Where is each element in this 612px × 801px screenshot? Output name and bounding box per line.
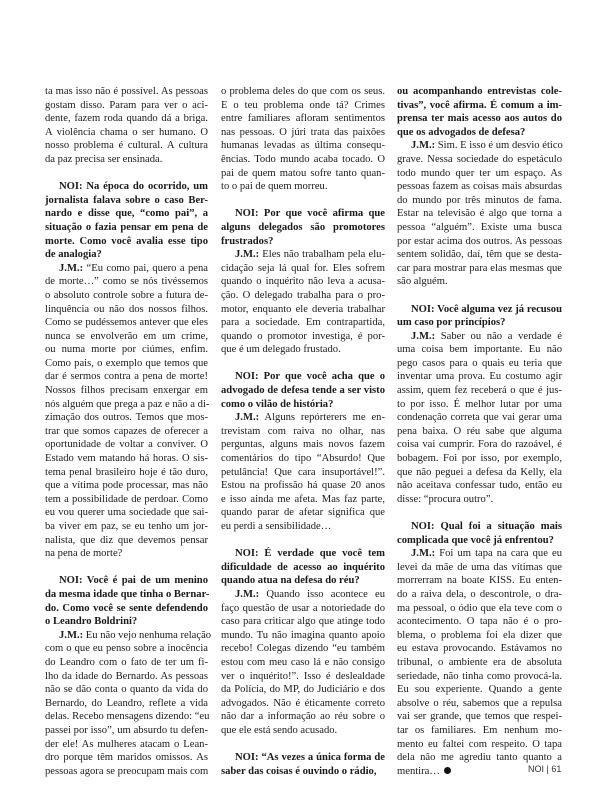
text-line: der ele! As mulheres atacam o Lean-: [45, 738, 208, 752]
text-line: Estar na televisão é algo que torna a: [397, 207, 562, 221]
line-text: Saber ou não a verdade é: [441, 331, 562, 342]
speaker-label: J.M.:: [235, 589, 259, 600]
paragraph-gap: [45, 167, 208, 181]
line-text: ou acompanhando entrevistas cole-: [397, 86, 562, 97]
line-text: Quando isso acontece eu: [266, 589, 385, 600]
text-line: Bernardo, do Leandro, reflete a vida: [45, 697, 208, 711]
line-text: Sim. E isso é um desvio ético: [438, 140, 563, 151]
text-line: do. Como você se sente defendendo: [45, 602, 208, 616]
line-text: pessoas agora se preocupam mais com: [45, 766, 208, 777]
line-text: recebo! Colegas dizendo “eu também: [221, 643, 385, 654]
line-text: NOI: Por que você afirma que: [235, 208, 385, 219]
line-text: dificuldade de acesso ao inquérito: [221, 562, 385, 573]
line-text: disse: “procura outro”.: [397, 494, 493, 505]
speaker-label: J.M.:: [235, 412, 259, 423]
text-line: dente, fazem roda quando dá a briga.: [45, 112, 208, 126]
line-text: frustrados?: [221, 236, 273, 247]
line-text: seriedade, não tinha como provocá-la.: [397, 671, 562, 682]
text-line: absolve o réu, sabemos que a repulsa: [397, 697, 562, 711]
text-line: nosso problema é cultural. A cultura: [45, 139, 208, 153]
text-line: que não peguei a defesa da Kelly, ela: [397, 466, 562, 480]
text-line: motor, enquanto ele deveria trabalhar: [221, 303, 385, 317]
line-text: tribunal, o ambiente era de absoluta: [397, 657, 562, 668]
text-line: inventar uma prova. Eu costumo agir: [397, 370, 562, 384]
line-text: Estou na profissão há quase 20 anos: [221, 480, 385, 491]
line-text: todo mundo quer ter um espaço. As: [397, 168, 562, 179]
line-text: Alguns repórterers me en-: [264, 412, 385, 423]
line-text: sentem solidão, daí, têm que se desta-: [397, 249, 562, 260]
text-line: J.M.: Saber ou não a verdade é: [397, 330, 562, 344]
speaker-label: J.M.:: [411, 548, 435, 559]
text-line: disse: “procura outro”.: [397, 493, 562, 507]
line-text: NOI: Você é pai de um menino: [59, 575, 208, 586]
line-text: o absoluto controle sobre a futura de-: [45, 290, 208, 301]
magazine-page: ta mas isso não é possível. As pessoasgo…: [0, 0, 612, 801]
text-line: ba viver em paz, se eu tenho um jor-: [45, 520, 208, 534]
text-line: J.M.: Eles não trabalham pela elu-: [221, 248, 385, 262]
line-text: que é um delegado frustado.: [221, 344, 341, 355]
line-text: estou com meu caso lá e não consigo: [221, 657, 385, 668]
text-line: recebo! Colegas dizendo “eu também: [221, 642, 385, 656]
line-text: mentira…: [397, 766, 440, 777]
text-line: morrerram na boate KISS. Eu enten-: [397, 574, 562, 588]
paragraph-gap: [45, 561, 208, 575]
text-line: na pena de morte?: [45, 547, 208, 561]
text-line: NOI: Na época do ocorrido, um: [45, 180, 208, 194]
line-text: eu estava provocando. Estávamos no: [397, 643, 562, 654]
line-text: caso para criticar algo que atinge todo: [221, 616, 385, 627]
text-line: do a raiva dela, o descontrole, o dra-: [397, 588, 562, 602]
line-text: quando o inquérito não leva a acusa-: [221, 276, 385, 287]
text-line: não aceitava confessar tudo, então eu: [397, 479, 562, 493]
line-text: prensa ter mais acesso aos autos do: [397, 113, 562, 124]
paragraph-gap: [221, 194, 385, 208]
line-text: dar é sermos contra a pena de morte!: [45, 371, 208, 382]
line-text: acontecimento. O tapa não é o pro-: [397, 616, 562, 627]
line-text: blema, o problema foi ela dizer que: [397, 630, 562, 641]
text-line: eu vou querer uma sociedade que sai-: [45, 506, 208, 520]
line-text: ma pessoal, o ódio que ela teve com o: [397, 603, 562, 614]
text-line: não dar a informação ao réu sobre o: [221, 710, 385, 724]
line-text: nosso problema é cultural. A cultura: [45, 140, 208, 151]
line-text: um caso por princípios?: [397, 317, 505, 328]
line-text: lho da idade do Bernardo. As pessoas: [45, 671, 208, 682]
text-line: jornalista falava sobre o caso Ber-: [45, 194, 208, 208]
text-line: NOI: Qual foi a situação mais: [397, 520, 562, 534]
line-text: ver o inquérito!”. Isso é deslealdade: [221, 671, 385, 682]
text-column-1: ta mas isso não é possível. As pessoasgo…: [45, 85, 208, 778]
interview-question: ou acompanhando entrevistas cole-tivas”,…: [397, 85, 562, 139]
line-text: NOI: Qual foi a situação mais: [411, 521, 562, 532]
text-line: perguntas, alguns mais novos fazem: [221, 438, 385, 452]
text-line: Eu sou experiente. Quando a gente: [397, 683, 562, 697]
text-line: to por isso. É melhor lutar por uma: [397, 398, 562, 412]
interview-question: NOI: É verdade que você temdificuldade d…: [221, 547, 385, 588]
line-text: saber das coisas é ouvindo o rádio,: [221, 766, 377, 777]
line-text: tem a possibilidade de perdoar. Como: [45, 494, 208, 505]
line-text: humanas levadas as última consequ-: [221, 140, 385, 151]
speaker-label: J.M.:: [59, 630, 83, 641]
text-line: o problema deles do que com os seus.: [221, 85, 385, 99]
line-text: morrerram na boate KISS. Eu enten-: [397, 575, 562, 586]
text-line: tribunal, o ambiente era de absoluta: [397, 656, 562, 670]
text-line: do mundo por três minutos de fama.: [397, 194, 562, 208]
line-text: coisa vai cumprir. Fora do razoável, é: [397, 439, 562, 450]
line-text: assim, quem fez receberá o que é jus-: [397, 385, 562, 396]
line-text: advogado de defesa tende a ser visto: [221, 385, 385, 396]
line-text: cidação seja lá qual for. Eles sofrem: [221, 263, 385, 274]
text-line: para a sociedade. Em contrapartida,: [221, 316, 385, 330]
line-text: do a raiva dela, o descontrole, o dra-: [397, 589, 562, 600]
text-line: mento eu faltei com respeito. O tapa: [397, 738, 562, 752]
line-text: motor, enquanto ele deveria trabalhar: [221, 304, 385, 315]
text-line: todo mundo quer ter um espaço. As: [397, 167, 562, 181]
line-text: para a sociedade. Em contrapartida,: [221, 317, 385, 328]
speaker-label: J.M.:: [411, 331, 435, 342]
text-line: pessoa “alguém”. Existe uma busca: [397, 221, 562, 235]
text-line: nalista, que diz que devemos pensar: [45, 534, 208, 548]
line-text: faço questão de usar a notoriedade do: [221, 603, 385, 614]
line-text: tivas”, você afirma. É comum a im-: [397, 100, 562, 111]
text-line: oportunidade de voltar a conviver. O: [45, 438, 208, 452]
text-line: passei por isso”, um absurdo tu defen-: [45, 724, 208, 738]
text-line: ver o inquérito!”. Isso é deslealdade: [221, 670, 385, 684]
text-line: eu perdi a sensibilidade…: [221, 520, 385, 534]
footer-magazine-name: NOI: [528, 764, 544, 774]
text-line: mundo. Tu não imagina quanto apoio: [221, 629, 385, 643]
line-text: de analogia?: [45, 249, 102, 260]
text-line: como o vilão de história?: [221, 398, 385, 412]
line-text: do mundo por três minutos de fama.: [397, 195, 562, 206]
line-text: ba viver em paz, se eu tenho um jor-: [45, 521, 208, 532]
line-text: jornalista falava sobre o caso Ber-: [45, 195, 208, 206]
line-text: da Polícia, do MP, do Judiciário e dos: [221, 684, 385, 695]
line-text: nardo e disse que, “como pai”, a: [45, 208, 208, 219]
text-line: NOI: Você é pai de um menino: [45, 574, 208, 588]
line-text: do. Como você se sente defendendo: [45, 603, 208, 614]
text-line: pessoas agora se preocupam mais com: [45, 765, 208, 779]
text-line: pego casos para o quais eu teria que: [397, 357, 562, 371]
line-text: não aceitava confessar tudo, então eu: [397, 480, 562, 491]
line-text: NOI: “As vezes a única forma de: [235, 752, 385, 763]
text-line: ou numa morte por ciúmes, enfim.: [45, 343, 208, 357]
line-text: eu vou querer uma sociedade que sai-: [45, 507, 208, 518]
line-text: entre familiares afloram sentimentos: [221, 113, 385, 124]
line-text: com o que eu penso sobre a inocência: [45, 643, 208, 654]
text-line: vai ser grande, que temos que respei-: [397, 710, 562, 724]
line-text: mento eu faltei com respeito. O tapa: [397, 739, 562, 750]
text-line: trevistam com raiva no olhar, nas: [221, 425, 385, 439]
line-text: pena baixa. O réu sabe que alguma: [397, 426, 562, 437]
text-line: nas pessoas. O júri trata das paixões: [221, 126, 385, 140]
text-line: NOI: Por que você acha que o: [221, 370, 385, 384]
line-text: do Leandro com o fato de ter um fi-: [45, 657, 208, 668]
line-text: nalista, que diz que devemos pensar: [45, 535, 208, 546]
text-line: Nossos filhos precisam enxergar em: [45, 384, 208, 398]
text-line: cidação seja lá qual for. Eles sofrem: [221, 262, 385, 276]
text-line: situação o fazia pensar em pena de: [45, 221, 208, 235]
line-text: NOI: Você alguma vez já recusou: [411, 304, 562, 315]
text-line: J.M.: Foi um tapa na cara que eu: [397, 547, 562, 561]
line-text: comentários do tipo “Absurdo! Que: [221, 453, 385, 464]
text-line: que os advogados de defesa?: [397, 126, 562, 140]
line-text: dela não me agrediu tanto quanto a: [397, 752, 562, 763]
text-line: assim, quem fez receberá o que é jus-: [397, 384, 562, 398]
text-line: Como pais, o exemplo que temos que: [45, 357, 208, 371]
line-text: bobagem. Foi por isso, por exemplo,: [397, 453, 562, 464]
text-line: caso para criticar algo que atinge todo: [221, 615, 385, 629]
interview-question: NOI: Na época do ocorrido, umjornalista …: [45, 180, 208, 262]
text-line: lho da idade do Bernardo. As pessoas: [45, 670, 208, 684]
paragraph-gap: [221, 534, 385, 548]
line-text: pego casos para o quais eu teria que: [397, 358, 562, 369]
text-line: alguns delegados são promotores: [221, 221, 385, 235]
paragraph-gap: [221, 357, 385, 371]
line-text: Eu não vejo nenhuma relação: [86, 630, 211, 641]
text-line: Como se pudéssemos antever que eles: [45, 316, 208, 330]
line-text: grave. Nessa sociedade do espetáculo: [397, 154, 562, 165]
line-text: situação o fazia pensar em pena de: [45, 222, 208, 233]
speaker-label: J.M.:: [59, 263, 83, 274]
text-line: grave. Nessa sociedade do espetáculo: [397, 153, 562, 167]
text-line: um caso por princípios?: [397, 316, 562, 330]
speaker-label: J.M.:: [235, 249, 259, 260]
text-line: ma pessoal, o ódio que ela teve com o: [397, 602, 562, 616]
text-line: seriedade, não tinha como provocá-la.: [397, 670, 562, 684]
line-text: passei por isso”, um absurdo tu defen-: [45, 725, 208, 736]
line-text: que ele está sendo acusado.: [221, 725, 337, 736]
line-text: são alguém.: [397, 276, 448, 287]
text-line: J.M.: Sim. E isso é um desvio ético: [397, 139, 562, 153]
line-text: oportunidade de voltar a conviver. O: [45, 439, 208, 450]
line-text: zimação dos outros. Temos que mos-: [45, 412, 208, 423]
text-line: uma coisa bem importante. Eu não: [397, 343, 562, 357]
line-text: trar que somos capazes de oferecer a: [45, 426, 208, 437]
text-line: da Polícia, do MP, do Judiciário e dos: [221, 683, 385, 697]
line-text: Como pais, o exemplo que temos que: [45, 358, 208, 369]
text-line: A violência chama o ser humano. O: [45, 126, 208, 140]
text-line: quando o promotor investiga, é por-: [221, 330, 385, 344]
line-text: pessoa “alguém”. Existe uma busca: [397, 222, 562, 233]
text-line: nunca se envolverão em um crime,: [45, 330, 208, 344]
speaker-label: J.M.:: [411, 140, 435, 151]
text-line: entre familiares afloram sentimentos: [221, 112, 385, 126]
text-line: por estar acima dos outros. As pessoas: [397, 235, 562, 249]
line-text: quando o promotor investiga, é por-: [221, 331, 385, 342]
text-line: bobagem. Foi por isso, por exemplo,: [397, 452, 562, 466]
line-text: na pena de morte?: [45, 548, 122, 559]
text-line: que a vítima pode processar, mas não: [45, 479, 208, 493]
line-text: petulância! Que cara insuportável!”.: [221, 467, 385, 478]
line-text: absolve o réu, sabemos que a repulsa: [397, 698, 562, 709]
line-text: Bernardo, do Leandro, reflete a vida: [45, 698, 208, 709]
interview-answer: J.M.: Eles não trabalham pela elu-cidaçã…: [221, 248, 385, 357]
interview-answer: o problema deles do que com os seus.E o …: [221, 85, 385, 194]
line-text: que os advogados de defesa?: [397, 127, 525, 138]
text-line: são alguém.: [397, 275, 562, 289]
end-of-article-bullet-icon: [444, 767, 451, 774]
text-line: levei da mãe de uma das vítimas que: [397, 561, 562, 575]
text-line: saber das coisas é ouvindo o rádio,: [221, 765, 385, 779]
text-line: J.M.: Quando isso acontece eu: [221, 588, 385, 602]
interview-answer: J.M.: “Eu como pai, quero a penade morte…: [45, 262, 208, 561]
interview-answer: J.M.: Alguns repórterers me en-trevistam…: [221, 411, 385, 533]
text-line: que é um delegado frustado.: [221, 343, 385, 357]
text-line: frustrados?: [221, 235, 385, 249]
text-line: NOI: É verdade que você tem: [221, 547, 385, 561]
text-line: pena baixa. O réu sabe que alguma: [397, 425, 562, 439]
paragraph-gap: [397, 289, 562, 303]
line-text: der ele! As mulheres atacam o Lean-: [45, 739, 208, 750]
text-line: tivas”, você afirma. É comum a im-: [397, 99, 562, 113]
text-line: acontecimento. O tapa não é o pro-: [397, 615, 562, 629]
text-line: comentários do tipo “Absurdo! Que: [221, 452, 385, 466]
interview-question: NOI: Você alguma vez já recusouum caso p…: [397, 303, 562, 330]
text-line: dificuldade de acesso ao inquérito: [221, 561, 385, 575]
text-line: ta mas isso não é possível. As pessoas: [45, 85, 208, 99]
text-line: Estado vem matando há horas. O sis-: [45, 452, 208, 466]
line-text: tema penal brasileiro hoje é tão duro,: [45, 467, 208, 478]
text-line: da mesma idade que tinha o Bernar-: [45, 588, 208, 602]
text-line: faço questão de usar a notoriedade do: [221, 602, 385, 616]
line-text: da mesma idade que tinha o Bernar-: [45, 589, 209, 600]
text-line: sentem solidão, daí, têm que se desta-: [397, 248, 562, 262]
interview-question: NOI: Você é pai de um meninoda mesma ida…: [45, 574, 208, 628]
line-text: ção. O delegado trabalha para o pro-: [221, 290, 385, 301]
line-text: to por isso. É melhor lutar por uma: [397, 399, 562, 410]
line-text: advogados. Não é éticamente correto: [221, 698, 385, 709]
line-text: não se dão conta o quanto da vida do: [45, 684, 208, 695]
line-text: levei da mãe de uma das vítimas que: [397, 562, 562, 573]
line-text: quando atua na defesa do réu?: [221, 575, 360, 586]
line-text: Eles não trabalham pela elu-: [262, 249, 385, 260]
text-line: não se dão conta o quanto da vida do: [45, 683, 208, 697]
text-line: NOI: Você alguma vez já recusou: [397, 303, 562, 317]
line-text: eu perdi a sensibilidade…: [221, 521, 331, 532]
line-text: NOI: Na época do ocorrido, um: [59, 181, 208, 192]
line-text: NOI: Por que você acha que o: [235, 371, 385, 382]
text-line: do Leandro com o fato de ter um fi-: [45, 656, 208, 670]
text-line: da paz precisa ser ensinada.: [45, 153, 208, 167]
interview-answer: J.M.: Saber ou não a verdade éuma coisa …: [397, 330, 562, 507]
line-text: perguntas, alguns mais novos fazem: [221, 439, 385, 450]
text-line: advogado de defesa tende a ser visto: [221, 384, 385, 398]
text-line: quando o inquérito não leva a acusa-: [221, 275, 385, 289]
line-text: ta mas isso não é possível. As pessoas: [45, 86, 208, 97]
line-text: E o teu problema onde tá? Crimes: [221, 100, 385, 111]
line-text: A violência chama o ser humano. O: [45, 127, 208, 138]
interview-answer: J.M.: Sim. E isso é um desvio éticograve…: [397, 139, 562, 289]
line-text: NOI: É verdade que você tem: [235, 548, 385, 559]
footer-separator: |: [547, 764, 549, 774]
line-text: Foi um tapa na cara que eu: [439, 548, 562, 559]
line-text: mundo. Tu não imagina quanto apoio: [221, 630, 385, 641]
line-text: Eu sou experiente. Quando a gente: [397, 684, 562, 695]
interview-question: NOI: Por que você afirma quealguns deleg…: [221, 207, 385, 248]
text-line: eu estava provocando. Estávamos no: [397, 642, 562, 656]
text-line: com o que eu penso sobre a inocência: [45, 642, 208, 656]
line-text: dente, fazem roda quando dá a briga.: [45, 113, 208, 124]
text-line: complicada que você já enfrentou?: [397, 534, 562, 548]
line-text: “Eu como pai, quero a pena: [87, 263, 208, 274]
text-line: delas. Recebo mensagens dizendo: “eu: [45, 710, 208, 724]
line-text: Como se pudéssemos antever que eles: [45, 317, 208, 328]
text-line: linquência ou não dos nossos filhos.: [45, 303, 208, 317]
paragraph-gap: [397, 506, 562, 520]
interview-question: NOI: Por que você acha que oadvogado de …: [221, 370, 385, 411]
line-text: pessoas fazem as coisas mais absurdas: [397, 181, 562, 192]
text-line: J.M.: Alguns repórterers me en-: [221, 411, 385, 425]
text-line: petulância! Que cara insuportável!”.: [221, 466, 385, 480]
line-text: morte. Como você avalia esse tipo: [45, 236, 208, 247]
text-line: tar os familiares. Em nenhum mo-: [397, 724, 562, 738]
line-text: ências. Todo mundo acaba tocado. O: [221, 154, 385, 165]
text-line: de morte…” como se nós tivéssemos: [45, 275, 208, 289]
text-line: zimação dos outros. Temos que mos-: [45, 411, 208, 425]
interview-answer: J.M.: Eu não vejo nenhuma relaçãocom o q…: [45, 629, 208, 779]
text-line: ção. O delegado trabalha para o pro-: [221, 289, 385, 303]
text-line: tema penal brasileiro hoje é tão duro,: [45, 466, 208, 480]
line-text: nós alguém que prega a paz e não a di-: [45, 399, 209, 410]
text-line: tem a possibilidade de perdoar. Como: [45, 493, 208, 507]
line-text: vai ser grande, que temos que respei-: [397, 711, 562, 722]
line-text: que a vítima pode processar, mas não: [45, 480, 208, 491]
text-line: J.M.: “Eu como pai, quero a pena: [45, 262, 208, 276]
text-line: dela não me agrediu tanto quanto a: [397, 751, 562, 765]
text-line: pai de quem matou sofre tanto quan-: [221, 167, 385, 181]
text-line: pessoas fazem as coisas mais absurdas: [397, 180, 562, 194]
line-text: trevistam com raiva no olhar, nas: [221, 426, 385, 437]
line-text: nas pessoas. O júri trata das paixões: [221, 127, 385, 138]
line-text: e isso ainda me afeta. Mas faz parte,: [221, 494, 385, 505]
text-line: e isso ainda me afeta. Mas faz parte,: [221, 493, 385, 507]
text-column-2: o problema deles do que com os seus.E o …: [221, 85, 385, 778]
text-line: advogados. Não é éticamente correto: [221, 697, 385, 711]
line-text: quando parar de afetar significa que: [221, 507, 385, 518]
text-line: blema, o problema foi ela dizer que: [397, 629, 562, 643]
line-text: linquência ou não dos nossos filhos.: [45, 304, 208, 315]
text-line: car para mostrar para elas mesmas que: [397, 262, 562, 276]
text-line: dar é sermos contra a pena de morte!: [45, 370, 208, 384]
text-line: to o pai de quem morreu.: [221, 180, 385, 194]
line-text: o problema deles do que com os seus.: [221, 86, 385, 97]
line-text: complicada que você já enfrentou?: [397, 535, 554, 546]
text-line: J.M.: Eu não vejo nenhuma relação: [45, 629, 208, 643]
text-column-3: ou acompanhando entrevistas cole-tivas”,…: [397, 85, 562, 778]
text-line: humanas levadas as última consequ-: [221, 139, 385, 153]
line-text: gostam disso. Param para ver o aci-: [45, 100, 208, 111]
line-text: como o vilão de história?: [221, 399, 333, 410]
line-text: nunca se envolverão em um crime,: [45, 331, 208, 342]
line-text: car para mostrar para elas mesmas que: [397, 263, 562, 274]
text-line: de analogia?: [45, 248, 208, 262]
interview-answer: J.M.: Quando isso acontece eufaço questã…: [221, 588, 385, 738]
footer-page-number: 61: [551, 764, 561, 774]
text-line: dro porque têm maridos omissos. As: [45, 751, 208, 765]
paragraph-gap: [221, 738, 385, 752]
text-line: nós alguém que prega a paz e não a di-: [45, 398, 208, 412]
line-text: alguns delegados são promotores: [221, 222, 385, 233]
line-text: dro porque têm maridos omissos. As: [45, 752, 208, 763]
line-text: que não peguei a defesa da Kelly, ela: [397, 467, 562, 478]
text-line: E o teu problema onde tá? Crimes: [221, 99, 385, 113]
text-line: quando parar de afetar significa que: [221, 506, 385, 520]
interview-answer: J.M.: Foi um tapa na cara que eulevei da…: [397, 547, 562, 778]
line-text: Estar na televisão é algo que torna a: [397, 208, 562, 219]
line-text: condenação correta que vai gerar uma: [397, 412, 562, 423]
line-text: Estado vem matando há horas. O sis-: [45, 453, 208, 464]
line-text: por estar acima dos outros. As pessoas: [397, 236, 562, 247]
